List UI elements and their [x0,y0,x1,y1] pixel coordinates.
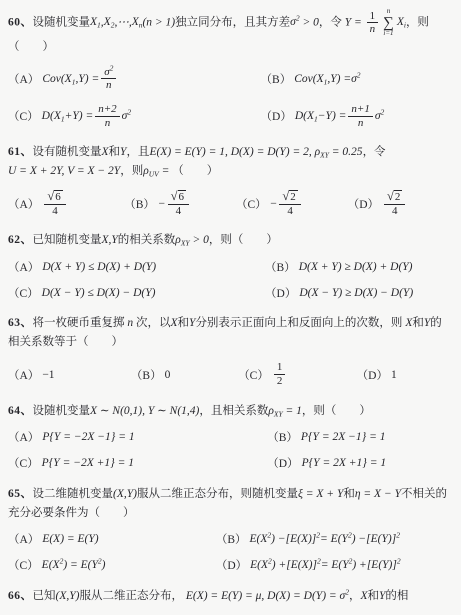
option-B: （B）Cov(X1,Y) = σ2 [261,70,455,87]
math-subscript-token: X1 [307,110,318,122]
text-token: ，且相关系数 [199,405,268,417]
radical-sign: √ [47,190,54,203]
fraction: √24 [384,190,405,217]
superscript: 2 [127,108,131,117]
math-token: Cov( [42,73,64,85]
option-C: （C）−√24 [236,189,348,218]
math-token: ) = [79,110,93,122]
math-token: Y = [342,16,365,28]
math-token: η = X − Y [355,488,401,500]
math-token: X [360,590,367,602]
math-token: n+1 [351,103,369,115]
math-token: (n > 1) [142,16,175,28]
option-label: （B） [261,71,292,87]
fraction-denominator: 4 [168,205,189,218]
option-B: （B）D(X + Y) ≥ D(X) + D(Y) [265,258,455,275]
math-superscript-token: X2 [260,533,271,545]
text-token: 次，以 [133,317,170,329]
square-root: √2 [387,190,402,203]
math-superscript-token: σ2 [340,590,349,602]
math-subscript-token: X2 [104,16,115,28]
text-token: 设随机变量 [33,405,91,417]
option-label: （C） [8,108,39,124]
subscript: XY [181,239,190,248]
text-token: ，令 [363,146,386,158]
option-label: （A） [8,531,39,547]
math-token: = E( [320,533,342,545]
superscript: 2 [396,531,400,540]
math-subscript-token: X1 [90,16,101,28]
subscript: UV [149,170,159,179]
text-token: ，且 [126,146,149,158]
text-token: 4 [287,205,293,217]
fraction-denominator: n [95,117,119,130]
fraction: √64 [168,190,189,217]
summation: n∑i=1 [383,8,394,38]
math-superscript-token: Y2 [342,559,352,571]
text-token: 4 [176,205,182,217]
question-61: 61、设有随机变量X和Y，且E(X) = E(Y) = 1, D(X) = D(… [8,143,455,218]
question-stem-line: 61、设有随机变量X和Y，且E(X) = E(Y) = 1, D(X) = D(… [8,143,455,162]
question-stem-line: 66、已知(X,Y)服从二维正态分布， E(X) = E(Y) = μ, D(X… [8,587,455,606]
math-token: n [358,117,364,129]
fraction-numerator: 1 [367,10,379,24]
question-number: 61、 [8,146,33,158]
math-token: n+2 [98,103,116,115]
option-C: （C）P{Y = −2X +1} = 1 [8,455,267,472]
superscript: 2 [357,70,361,79]
math-superscript-token: Y2 [92,559,102,571]
option-label: （A） [8,196,39,212]
math-token: D(X − Y) ≥ D(X) − D(Y) [299,287,413,299]
text-token: 和 [178,317,190,329]
math-token: − [270,198,278,210]
question-62: 62、已知随机变量X,Y的相关系数ρXY > 0，则（ ）（A）D(X + Y)… [8,231,455,301]
question-number: 64、 [8,405,33,417]
square-root: √2 [282,190,297,203]
math-superscript-token: [E(Y)]2 [366,533,400,545]
question-stem-line: 62、已知随机变量X,Y的相关系数ρXY > 0，则（ ） [8,231,455,250]
math-token: D( [42,110,54,122]
math-token: ) − [271,533,285,545]
option-C: （C）D(X1+Y) = n+2nσ2 [8,102,261,130]
text-token: 和 [368,590,380,602]
math-superscript-token: X2 [261,559,272,571]
question-stem-line: 63、将一枚硬币重复掷 n 次，以X和Y分别表示正面向上和反面向上的次数，则 X… [8,314,455,333]
text-token: 和 [109,146,121,158]
math-token: = 0.25 [329,146,363,158]
fraction-denominator: 4 [279,205,300,218]
option-C: （C）12 [238,360,356,388]
math-token: n [370,23,376,35]
option-label: （D） [216,557,247,573]
options-grid: （A）P{Y = −2X −1} = 1（B）P{Y = 2X −1} = 1（… [8,429,455,472]
math-token: P{Y = −2X +1} = 1 [42,457,134,469]
text-token: 2 [277,375,283,387]
text-token: 和 [343,488,355,500]
math-superscript-token: [E(X)]2 [286,533,320,545]
math-token: = E( [321,559,343,571]
question-66: 66、已知(X,Y)服从二维正态分布， E(X) = E(Y) = μ, D(X… [8,587,455,606]
text-token: （ ） [172,165,218,177]
math-token: ) [102,559,106,571]
math-token: ) + [352,559,366,571]
question-number: 65、 [8,488,33,500]
text-token: 设随机变量 [33,16,91,28]
text-token: 分别表示正面向上和反面向上的次数，则 [195,317,405,329]
sigma-symbol: ∑ [383,16,394,30]
math-token: P{Y = 2X −1} = 1 [301,431,386,443]
question-number: 60、 [8,16,33,28]
question-stem-line: 相关系数等于（ ） [8,333,455,352]
text-token: 1 [391,369,397,381]
math-token: ) − [352,533,366,545]
option-B: （B）E(X2) − [E(X)]2 = E(Y2) − [E(Y)]2 [216,531,455,548]
options-grid: （A）Cov(X1,Y) = σ2n（B）Cov(X1,Y) = σ2（C）D(… [8,65,455,131]
math-token: − [158,198,166,210]
math-superscript-token: σ2 [122,110,131,122]
superscript: 2 [381,108,385,117]
question-stem-line: U = X + 2Y, V = X − 2Y，则ρUV = （ ） [8,162,455,181]
math-superscript-token: σ2 [290,16,299,28]
math-token: = 1 [283,405,302,417]
option-D: （D）√24 [348,189,455,218]
text-token: −1 [42,369,54,381]
radical-sign: √ [282,190,289,203]
math-subscript-token: X1 [54,110,65,122]
math-token: ) = [337,73,351,85]
math-token: P{Y = 2X +1} = 1 [302,457,387,469]
math-token: > 0 [300,16,319,28]
math-token: E( [250,533,261,545]
question-64: 64、设随机变量X ∼ N(0,1), Y ∼ N(1,4)，且相关系数ρXY … [8,402,455,472]
math-token: +Y [65,110,79,122]
math-token: D(X − Y) ≤ D(X) − D(Y) [42,287,156,299]
radical-sign: √ [387,190,394,203]
option-label: （D） [348,196,379,212]
options-grid: （A）E(X) = E(Y)（B）E(X2) − [E(X)]2 = E(Y2)… [8,531,455,574]
option-C: （C）D(X − Y) ≤ D(X) − D(Y) [8,284,265,301]
radicand: 2 [394,190,403,203]
fraction: n+1n [348,103,372,129]
options-grid: （A）−1（B）0（C）12（D）1 [8,360,455,388]
option-label: （B） [265,259,296,275]
question-number: 63、 [8,317,33,329]
option-B: （B）0 [131,366,238,383]
math-superscript-token: X2 [53,559,64,571]
math-superscript-token: Y2 [342,533,352,545]
option-D: （D）P{Y = 2X +1} = 1 [267,455,455,472]
option-B: （B）−√64 [124,189,236,218]
fraction: √64 [44,190,65,217]
exam-document-page: 60、设随机变量X1,X2,⋯,Xn(n > 1)独立同分布，且其方差σ2 > … [0,0,461,615]
option-label: （C） [238,367,269,383]
text-token: 4 [392,205,398,217]
fraction-numerator: n+2 [95,103,119,117]
option-label: （B） [267,429,298,445]
math-token: X [171,317,178,329]
option-label: （D） [267,455,298,471]
fraction-denominator: 2 [274,375,286,388]
math-token: ξ = X + Y [298,488,343,500]
option-label: （C） [236,196,267,212]
text-token: ，令 [319,16,342,28]
superscript: 2 [110,63,114,72]
text-token: 的相 [385,590,408,602]
radicand: 6 [178,190,187,203]
math-token: −Y [318,110,332,122]
option-D: （D）D(X1−Y) = n+1nσ2 [261,102,455,130]
fraction-numerator: σ2 [101,66,116,80]
math-token: ) = E( [63,559,91,571]
text-token: 服从二维正态分布， [79,590,183,602]
math-subscript-token: ρXY [175,234,189,246]
math-token: ,Y [327,73,336,85]
fraction-numerator: √6 [168,190,189,205]
math-subscript-token: ρXY [268,405,282,417]
subscript: XY [274,409,283,418]
fraction-numerator: √2 [279,190,300,205]
math-token: X ∼ N(0,1), Y ∼ N(1,4) [90,405,199,417]
text-token: 已知 [33,590,56,602]
question-number: 66、 [8,590,33,602]
text-token: 0 [165,369,171,381]
square-root: √6 [47,190,62,203]
question-stem-line: 64、设随机变量X ∼ N(0,1), Y ∼ N(1,4)，且相关系数ρXY … [8,402,455,421]
math-token: E(X) = E(Y) [42,533,98,545]
text-token: 相关系数等于（ ） [8,336,123,348]
option-label: （D） [261,108,292,124]
option-A: （A）D(X + Y) ≤ D(X) + D(Y) [8,258,265,275]
text-token: 已知随机变量 [33,234,102,246]
option-label: （D） [265,285,296,301]
math-superscript-token: [E(X)]2 [286,559,320,571]
option-label: （A） [8,367,39,383]
fraction-denominator: 4 [44,205,65,218]
math-token: U = X + 2Y, V = X − 2Y [8,165,120,177]
option-label: （A） [8,259,39,275]
option-label: （B） [131,367,162,383]
math-token: E( [250,559,261,571]
option-label: （C） [8,285,39,301]
subscript: XY [320,151,329,160]
question-63: 63、将一枚硬币重复掷 n 次，以X和Y分别表示正面向上和反面向上的次数，则 X… [8,314,455,388]
option-C: （C）E(X2) = E(Y2) [8,557,216,574]
fraction-numerator: n+1 [348,103,372,117]
question-number: 62、 [8,234,33,246]
question-list: 60、设随机变量X1,X2,⋯,Xn(n > 1)独立同分布，且其方差σ2 > … [8,8,455,606]
text-token: 充分必要条件为（ ） [8,507,135,519]
math-superscript-token: [E(Y)]2 [367,559,401,571]
math-token: n [105,117,111,129]
option-label: （D） [357,367,388,383]
fraction-numerator: √2 [384,190,405,205]
math-token: ,⋯, [114,16,131,28]
math-token: X [102,146,109,158]
option-A: （A）E(X) = E(Y) [8,531,216,548]
math-superscript-token: σ2 [351,73,360,85]
math-token: P{Y = −2X −1} = 1 [42,431,134,443]
math-subscript-token: ρUV [143,165,159,177]
question-stem-line: 65、设二维随机变量(X,Y)服从二维正态分布，则随机变量ξ = X + Y和η… [8,485,455,504]
option-A: （A）P{Y = −2X −1} = 1 [8,429,267,446]
math-token: ) + [272,559,286,571]
option-A: （A）√64 [8,189,124,218]
option-label: （C） [8,455,39,471]
option-D: （D）E(X2) + [E(X)]2 = E(Y2) + [E(Y)]2 [216,557,455,574]
text-token: 设有随机变量 [33,146,102,158]
text-token: 服从二维正态分布，则随机变量 [137,488,298,500]
text-token: 不相关的 [401,488,447,500]
math-token: E( [42,559,53,571]
question-stem-line: 60、设随机变量X1,X2,⋯,Xn(n > 1)独立同分布，且其方差σ2 > … [8,8,455,57]
math-superscript-token: σ2 [104,66,113,78]
radicand: 2 [289,190,298,203]
option-label: （A） [8,429,39,445]
sum-lower-limit: i=1 [383,30,393,38]
math-token: X,Y [102,234,118,246]
text-token: ，则（ ） [302,405,371,417]
options-grid: （A）D(X + Y) ≤ D(X) + D(Y)（B）D(X + Y) ≥ D… [8,258,455,301]
fraction: 1n [367,10,379,36]
text-token: 4 [52,205,58,217]
text-token: ，则（ ） [209,234,278,246]
math-subscript-token: Xn [132,16,143,28]
text-token: 1 [370,10,376,22]
math-token: Cov( [294,73,316,85]
text-token: 独立同分布，且其方差 [175,16,290,28]
option-A: （A）Cov(X1,Y) = σ2n [8,65,261,93]
math-subscript-token: X1 [317,73,328,85]
text-token: 和 [412,317,424,329]
square-root: √6 [171,190,186,203]
text-token: 的相关系数 [118,234,176,246]
text-token: 将一枚硬币重复掷 [33,317,128,329]
fraction-denominator: 4 [384,205,405,218]
fraction-denominator: n [348,117,372,130]
option-label: （C） [8,557,39,573]
math-token: n [106,79,112,91]
math-token: D( [295,110,307,122]
fraction-denominator: n [367,23,379,36]
option-B: （B）P{Y = 2X −1} = 1 [267,429,455,446]
question-60: 60、设随机变量X1,X2,⋯,Xn(n > 1)独立同分布，且其方差σ2 > … [8,8,455,130]
question-stem-line: 充分必要条件为（ ） [8,504,455,523]
math-token: ) = [332,110,346,122]
text-token: 的 [430,317,442,329]
math-token: E(X) = E(Y) = μ, D(X) = D(Y) = [183,590,340,602]
option-label: （B） [216,531,247,547]
fraction-numerator: √6 [44,190,65,205]
option-A: （A）−1 [8,366,131,383]
superscript: 2 [397,557,401,566]
fraction: 12 [274,361,286,387]
option-D: （D）1 [357,366,455,383]
question-65: 65、设二维随机变量(X,Y)服从二维正态分布，则随机变量ξ = X + Y和η… [8,485,455,574]
math-superscript-token: σ2 [375,110,384,122]
fraction: σ2n [101,66,116,92]
fraction-denominator: n [101,79,116,92]
math-token: D(X + Y) ≥ D(X) + D(Y) [299,261,413,273]
radical-sign: √ [171,190,178,203]
math-token: = [159,165,173,177]
math-token: E(X) = E(Y) = 1, D(X) = D(Y) = 2, [149,146,314,158]
math-subscript-token: X1 [65,73,76,85]
math-subscript-token: Xi [397,16,406,28]
options-grid: （A）√64（B）−√64（C）−√24（D）√24 [8,189,455,218]
radicand: 6 [54,190,63,203]
text-token: 1 [277,361,283,373]
fraction: √24 [279,190,300,217]
option-D: （D）D(X − Y) ≥ D(X) − D(Y) [265,284,455,301]
math-token: (X,Y) [113,488,137,500]
fraction-numerator: 1 [274,361,286,375]
math-token: ,Y [75,73,84,85]
math-token: > 0 [190,234,209,246]
text-token: ， [349,590,361,602]
math-token: (X,Y) [56,590,80,602]
math-subscript-token: ρXY [315,146,329,158]
math-token: D(X + Y) ≤ D(X) + D(Y) [42,261,156,273]
text-token: ，则 [120,165,143,177]
text-token: 设二维随机变量 [33,488,114,500]
fraction: n+2n [95,103,119,129]
math-token: ) = [85,73,99,85]
option-label: （A） [8,71,39,87]
option-label: （B） [124,196,155,212]
